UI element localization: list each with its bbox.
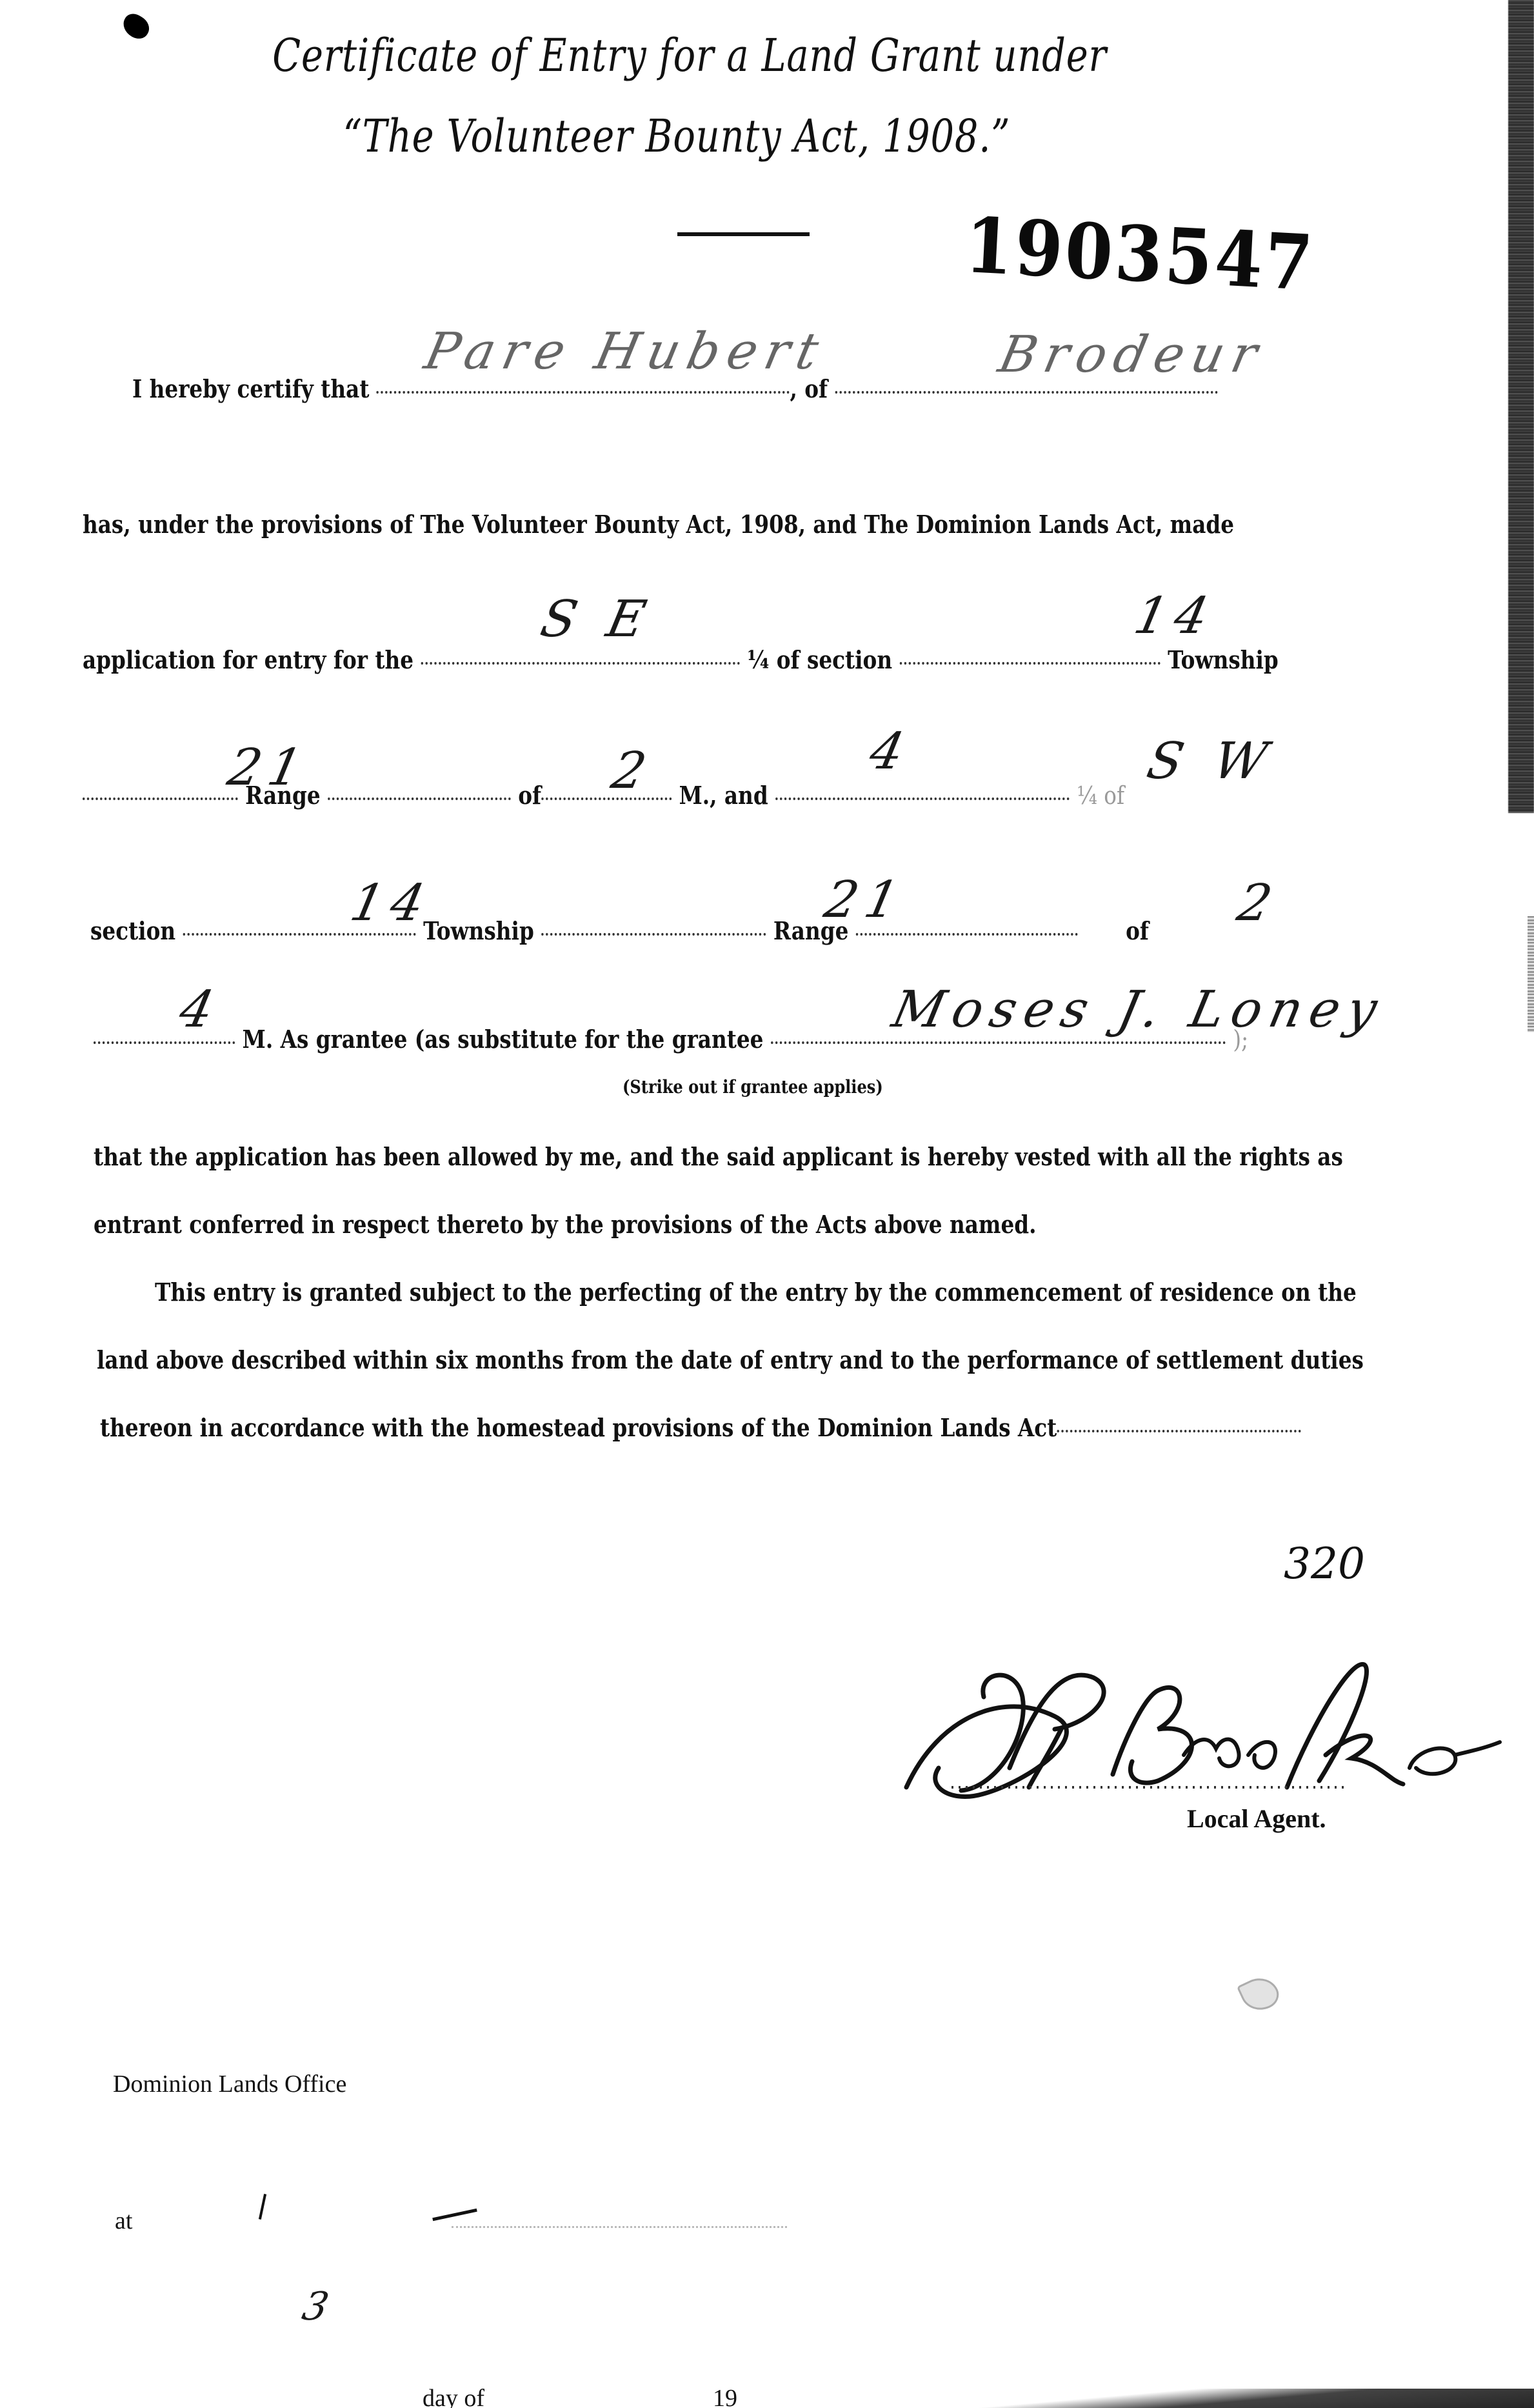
- strike-out-note: (Strike out if grantee applies): [623, 1076, 883, 1098]
- conditions-text-line-2: land above described within six months f…: [97, 1345, 1364, 1374]
- township2-handwritten: 21: [819, 871, 911, 929]
- year-prefix-label: 19: [713, 2384, 737, 2408]
- stamped-certificate-number: 1903547: [963, 200, 1317, 308]
- township-label: Township: [1168, 645, 1279, 674]
- leaf-emboss-mark: [1237, 1972, 1283, 2017]
- form-line-application: application for entry for the ¼ of secti…: [83, 645, 1279, 674]
- certificate-title: Certificate of Entry for a Land Grant un…: [61, 29, 1319, 82]
- conditions-text-line-1: This entry is granted subject to the per…: [155, 1278, 1357, 1307]
- scan-edge-shadow: [1508, 0, 1534, 813]
- faded-handwriting-stroke: [432, 2209, 477, 2221]
- act-title: “The Volunteer Bounty Act, 1908.”: [48, 110, 1306, 163]
- section-field-line: [900, 662, 1160, 665]
- scan-edge-shadow-lower: [1528, 916, 1534, 1032]
- form-line-section: section Township Range of: [90, 916, 1149, 945]
- local-agent-label: Local Agent.: [1187, 1803, 1326, 1834]
- conditions-text-line-3: thereon in accordance with the homestead…: [100, 1413, 1301, 1442]
- dominion-lands-office-label: Dominion Lands Office: [113, 2070, 346, 2098]
- form-line-provisions: has, under the provisions of The Volunte…: [83, 510, 1234, 539]
- title-divider: [677, 232, 810, 236]
- provisions-text: has, under the provisions of The Volunte…: [83, 510, 1234, 539]
- meridian-and-label: M., and: [679, 781, 768, 810]
- name-field-line: [377, 391, 790, 394]
- section-handwritten: 14: [1129, 587, 1220, 645]
- section2-handwritten: 14: [345, 874, 437, 932]
- range2-field-line: [856, 933, 1078, 936]
- grantee-name-handwritten: Moses J. Loney: [887, 981, 1390, 1039]
- place-field-line: [835, 391, 1217, 394]
- section-label: section: [90, 916, 175, 945]
- scan-edge-bottom: [824, 2389, 1534, 2408]
- applicant-name-handwritten: Pare Hubert: [419, 323, 831, 381]
- quarter-handwritten: S E: [535, 590, 658, 648]
- allowed-text-line-1: that the application has been allowed by…: [94, 1142, 1343, 1171]
- office-location-field-line: [452, 2226, 787, 2228]
- applicant-place-handwritten: Brodeur: [993, 326, 1270, 384]
- grantee-field-line: [771, 1041, 1226, 1044]
- allowed-text-line-2: entrant conferred in respect thereto by …: [94, 1210, 1036, 1239]
- at-label: at: [115, 2207, 132, 2235]
- day-handwritten: 3: [299, 2284, 341, 2329]
- section2-field-line: [183, 933, 416, 936]
- certificate-page: Certificate of Entry for a Land Grant un…: [0, 0, 1534, 2408]
- quarter2-handwritten: S W: [1142, 732, 1280, 790]
- township-field-line: [83, 798, 238, 800]
- quarter2-label: ¼ of: [1077, 781, 1124, 810]
- quarter2-field-line: [775, 798, 1070, 800]
- grantee-text: M. As grantee (as substitute for the gra…: [243, 1025, 764, 1054]
- day-of-label: day of: [423, 2384, 484, 2408]
- quarter-field-line: [421, 662, 740, 665]
- conditions-text-line-3-text: thereon in accordance with the homestead…: [100, 1413, 1057, 1442]
- application-label: application for entry for the: [83, 645, 413, 674]
- township2-field-line: [541, 933, 766, 936]
- township2-label: Township: [423, 916, 534, 945]
- township-value-handwritten: 21: [223, 739, 314, 797]
- certify-label: I hereby certify that: [132, 374, 369, 403]
- margin-handwritten-number: 320: [1284, 1539, 1365, 1589]
- meridian2-field-line: [94, 1041, 235, 1044]
- of2-label: of: [1126, 916, 1149, 945]
- meridian-handwritten: 4: [864, 723, 917, 781]
- range2-handwritten: 2: [1232, 874, 1284, 932]
- conditions-trailing-dots: [1057, 1430, 1300, 1432]
- range-field-line: [328, 798, 511, 800]
- of-label: of: [518, 781, 541, 810]
- faded-handwriting-mark: [259, 2194, 266, 2220]
- quarter-of-section-label: ¼ of section: [747, 645, 892, 674]
